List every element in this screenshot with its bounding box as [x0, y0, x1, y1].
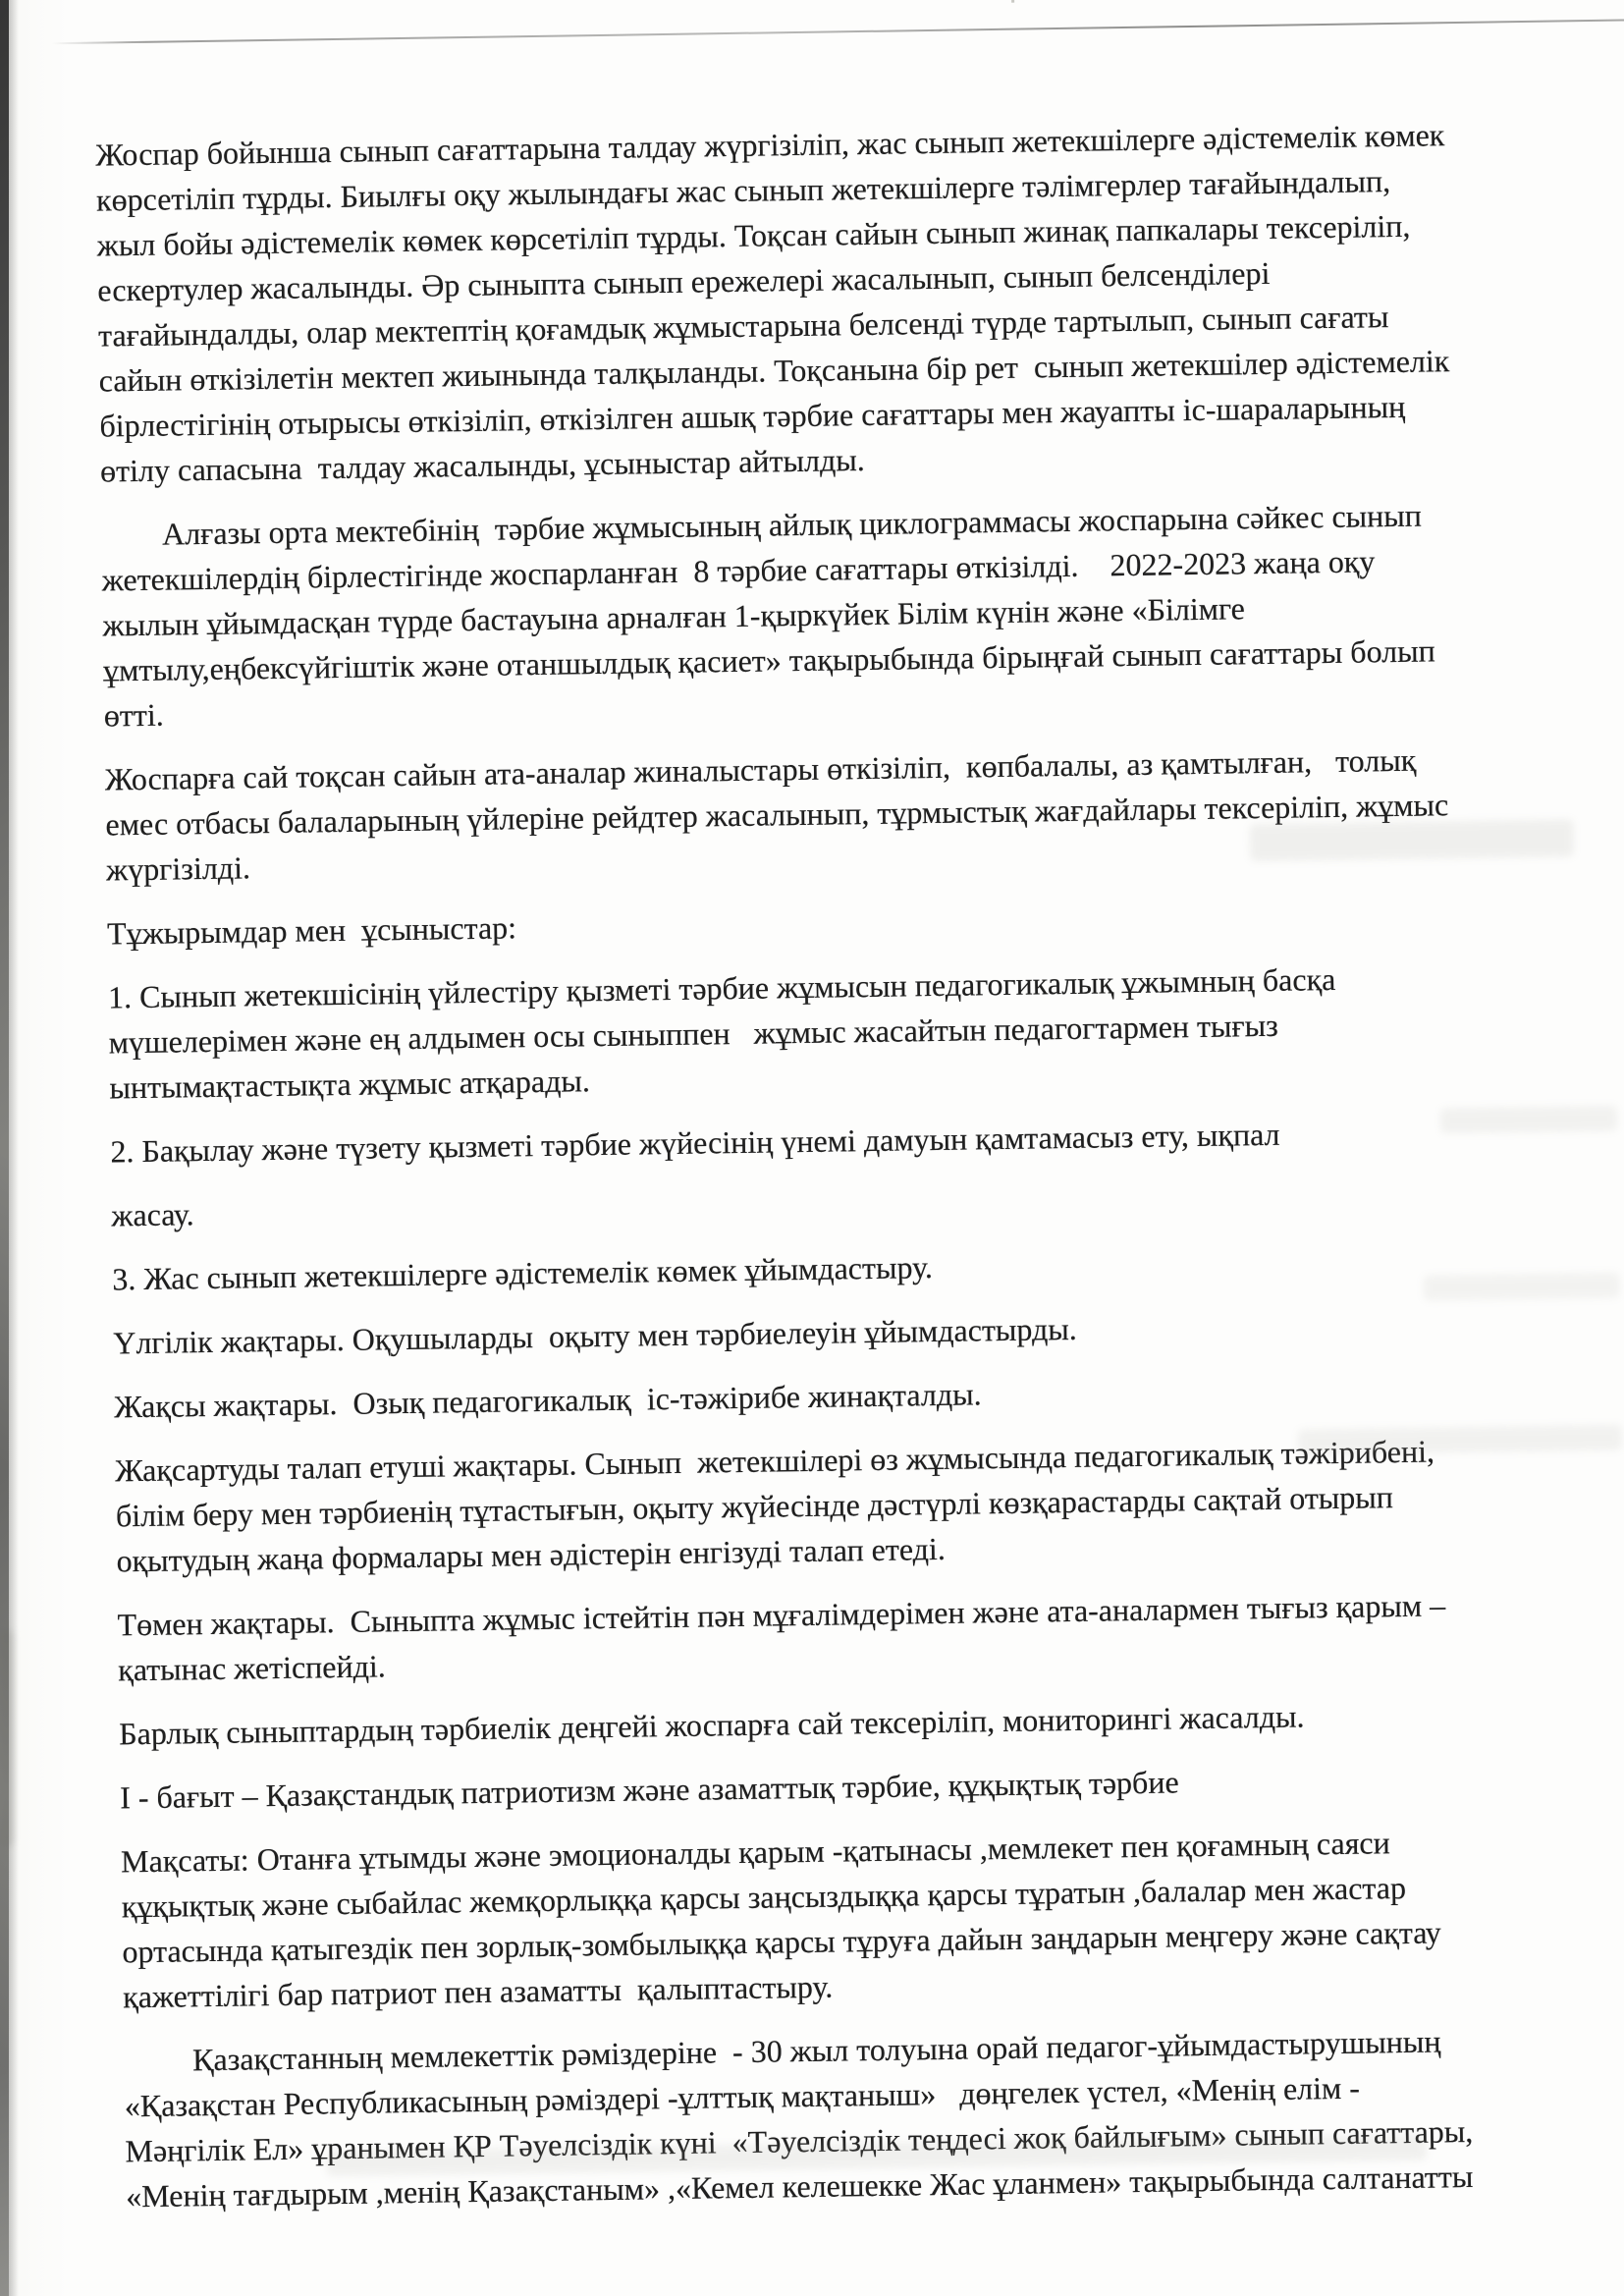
- scan-edge-shadow: [9, 0, 19, 2296]
- paragraph: Үлгілік жақтары. Оқушыларды оқыту мен тә…: [113, 1298, 1592, 1365]
- bleedthrough-smudge: [1423, 1273, 1619, 1301]
- paragraph: Жоспар бойынша сынып сағаттарына талдау …: [95, 110, 1578, 493]
- bleedthrough-smudge: [1298, 1425, 1622, 1455]
- paragraph: жасау.: [111, 1171, 1590, 1237]
- paragraph: Жақсы жақтары. Озық педагогикалық іс-тәж…: [114, 1362, 1593, 1429]
- paragraph: Тұжырымдар мен ұсыныстар:: [107, 889, 1586, 956]
- paragraph: І - бағыт – Қазақстандық патриотизм және…: [120, 1753, 1598, 1820]
- paragraph: Төмен жақтары. Сыныпта жұмыс істейтін пә…: [117, 1580, 1596, 1692]
- paragraph: Барлық сыныптардың тәрбиелік деңгейі жос…: [119, 1689, 1597, 1756]
- body-text: Жоспар бойынша сынып сағаттарына талдау …: [95, 110, 1604, 2237]
- scan-edge-artifact: [0, 0, 9, 2296]
- scan-top-mark: [1011, 0, 1014, 3]
- bleedthrough-smudge: [1440, 1106, 1617, 1134]
- paragraph: 2. Бақылау және түзету қызметі тәрбие жү…: [110, 1107, 1589, 1174]
- bleedthrough-smudge: [1250, 819, 1575, 861]
- scanned-page: Жоспар бойынша сынып сағаттарына талдау …: [0, 0, 1624, 2296]
- page-content: Жоспар бойынша сынып сағаттарына талдау …: [0, 0, 1624, 2296]
- paragraph: Жоспарға сай тоқсан сайын ата-аналар жин…: [104, 735, 1584, 892]
- paragraph: 3. Жас сынып жетекшілерге әдістемелік кө…: [112, 1234, 1591, 1301]
- paragraph: Қазақстанның мемлекеттік рәміздеріне - 3…: [124, 2016, 1604, 2218]
- paragraph: 1. Сынып жетекшісінің үйлестіру қызметі …: [108, 953, 1588, 1110]
- paragraph: Алғазы орта мектебінің тәрбие жұмысының …: [101, 490, 1582, 738]
- scan-top-line: [52, 19, 1624, 44]
- paragraph: Мақсаты: Отанға ұтымды және эмоционалды …: [121, 1817, 1601, 2019]
